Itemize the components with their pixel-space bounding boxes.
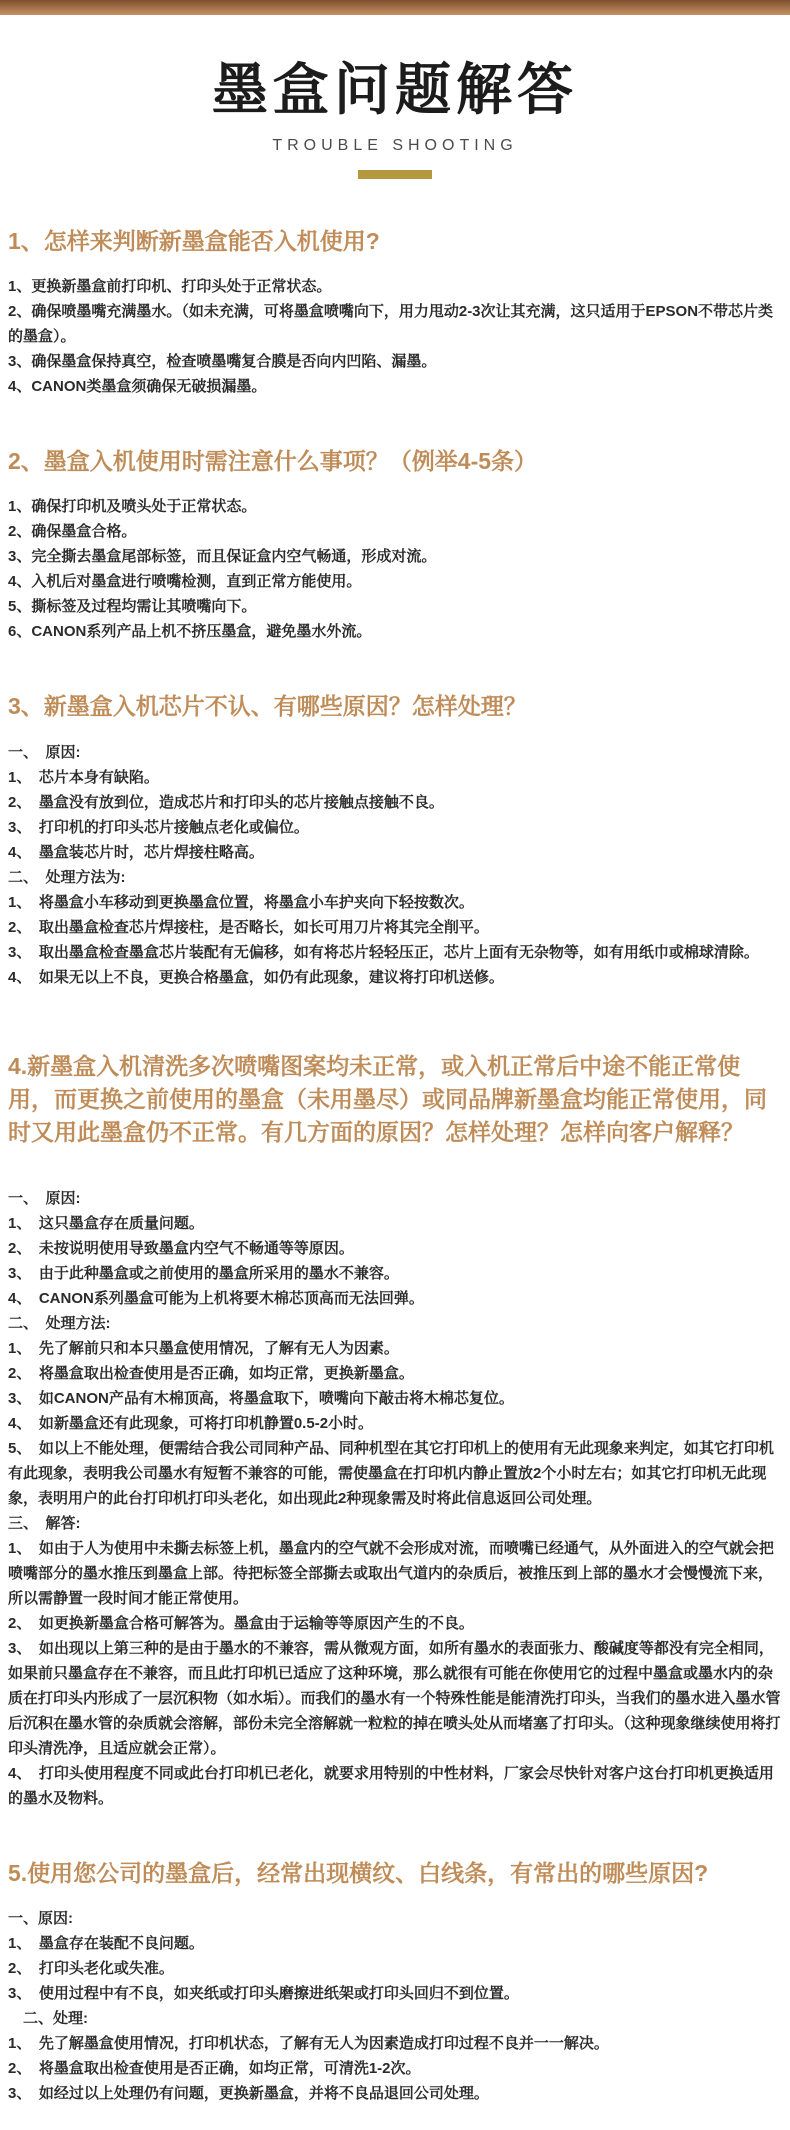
faq-line: 3、完全撕去墨盒尾部标签，而且保证盒内空气畅通，形成对流。 [8, 544, 784, 569]
faq-line: 2、 取出墨盒检查芯片焊接柱，是否略长，如长可用刀片将其完全削平。 [8, 915, 784, 940]
faq-section: 5.使用您公司的墨盒后，经常出现横纹、白线条，有常出的哪些原因?一、原因:1、 … [8, 1857, 784, 2106]
faq-line: 3、 如CANON产品有木棉顶高，将墨盒取下，喷嘴向下敲击将木棉芯复位。 [8, 1386, 784, 1411]
faq-line: 3、确保墨盒保持真空，检查喷墨嘴复合膜是否向内凹陷、漏墨。 [8, 349, 784, 374]
faq-line: 1、 如由于人为使用中未撕去标签上机，墨盒内的空气就不会形成对流，而喷嘴已经通气… [8, 1536, 784, 1611]
faq-line: 4、 墨盒装芯片时，芯片焊接柱略高。 [8, 840, 784, 865]
faq-line: 2、 将墨盒取出检查使用是否正确，如均正常，更换新墨盒。 [8, 1361, 784, 1386]
faq-line: 三、 解答: [8, 1511, 784, 1536]
faq-line: 二、处理: [8, 2006, 784, 2031]
top-accent-bar [0, 0, 790, 15]
faq-line: 一、原因: [8, 1906, 784, 1931]
faq-line: 一、 原因: [8, 740, 784, 765]
faq-line: 3、 取出墨盒检查墨盒芯片装配有无偏移，如有将芯片轻轻压正，芯片上面有无杂物等，… [8, 940, 784, 965]
faq-line: 1、 先了解前只和本只墨盒使用情况，了解有无人为因素。 [8, 1336, 784, 1361]
faq-line: 2、 如更换新墨盒合格可解答为。墨盒由于运输等等原因产生的不良。 [8, 1611, 784, 1636]
faq-line: 3、 由于此种墨盒或之前使用的墨盒所采用的墨水不兼容。 [8, 1261, 784, 1286]
faq-line: 2、 打印头老化或失准。 [8, 1956, 784, 1981]
faq-line: 4、 CANON系列墨盒可能为上机将要木棉芯顶高而无法回弹。 [8, 1286, 784, 1311]
faq-line: 4、 如果无以上不良，更换合格墨盒，如仍有此现象，建议将打印机送修。 [8, 965, 784, 990]
faq-line: 5、 如以上不能处理，便需结合我公司同种产品、同种机型在其它打印机上的使用有无此… [8, 1436, 784, 1511]
section-heading: 5.使用您公司的墨盒后，经常出现横纹、白线条，有常出的哪些原因? [8, 1857, 784, 1890]
faq-line: 3、 如经过以上处理仍有问题，更换新墨盒，并将不良品退回公司处理。 [8, 2081, 784, 2106]
faq-line: 1、 墨盒存在装配不良问题。 [8, 1931, 784, 1956]
section-heading: 1、怎样来判断新墨盒能否入机使用? [8, 225, 784, 258]
faq-line: 3、 如出现以上第三种的是由于墨水的不兼容，需从微观方面，如所有墨水的表面张力、… [8, 1636, 784, 1761]
faq-section: 4.新墨盒入机清洗多次喷嘴图案均未正常，或入机正常后中途不能正常使用，而更换之前… [8, 1050, 784, 1811]
gold-divider [358, 170, 432, 179]
faq-line: 3、 打印机的打印头芯片接触点老化或偏位。 [8, 815, 784, 840]
faq-line: 4、 如新墨盒还有此现象，可将打印机静置0.5-2小时。 [8, 1411, 784, 1436]
faq-line: 2、确保墨盒合格。 [8, 519, 784, 544]
page-title: 墨盒问题解答 [0, 59, 790, 121]
faq-line: 2、确保喷墨嘴充满墨水。（如未充满，可将墨盒喷嘴向下，用力甩动2-3次让其充满，… [8, 299, 784, 349]
faq-line: 2、 墨盒没有放到位，造成芯片和打印头的芯片接触点接触不良。 [8, 790, 784, 815]
section-heading: 2、墨盒入机使用时需注意什么事项？（例举4-5条） [8, 445, 784, 478]
faq-line: 4、入机后对墨盒进行喷嘴检测，直到正常方能使用。 [8, 569, 784, 594]
faq-line: 1、确保打印机及喷头处于正常状态。 [8, 494, 784, 519]
faq-section: 3、新墨盒入机芯片不认、有哪些原因？怎样处理？一、 原因:1、 芯片本身有缺陷。… [8, 690, 784, 989]
faq-line: 4、 打印头使用程度不同或此台打印机已老化，就要求用特别的中性材料，厂家会尽快针… [8, 1761, 784, 1811]
faq-line: 3、 使用过程中有不良，如夹纸或打印头磨擦进纸架或打印头回归不到位置。 [8, 1981, 784, 2006]
page-subtitle: TROUBLE SHOOTING [0, 137, 790, 155]
faq-line: 2、 将墨盒取出检查使用是否正确，如均正常，可清洗1-2次。 [8, 2056, 784, 2081]
faq-line: 1、 这只墨盒存在质量问题。 [8, 1211, 784, 1236]
faq-line: 6、CANON系列产品上机不挤压墨盒，避免墨水外流。 [8, 619, 784, 644]
faq-line: 1、更换新墨盒前打印机、打印头处于正常状态。 [8, 274, 784, 299]
faq-line: 一、 原因: [8, 1186, 784, 1211]
faq-line: 1、 先了解墨盒使用情况，打印机状态，了解有无人为因素造成打印过程不良并一一解决… [8, 2031, 784, 2056]
faq-line: 2、 未按说明使用导致墨盒内空气不畅通等等原因。 [8, 1236, 784, 1261]
faq-line: 二、 处理方法: [8, 1311, 784, 1336]
faq-line: 1、 芯片本身有缺陷。 [8, 765, 784, 790]
page-header: 墨盒问题解答 TROUBLE SHOOTING [0, 59, 790, 179]
faq-section: 1、怎样来判断新墨盒能否入机使用?1、更换新墨盒前打印机、打印头处于正常状态。2… [8, 225, 784, 399]
section-heading: 3、新墨盒入机芯片不认、有哪些原因？怎样处理？ [8, 690, 784, 723]
section-heading: 4.新墨盒入机清洗多次喷嘴图案均未正常，或入机正常后中途不能正常使用，而更换之前… [8, 1050, 784, 1150]
faq-section: 2、墨盒入机使用时需注意什么事项？（例举4-5条）1、确保打印机及喷头处于正常状… [8, 445, 784, 644]
faq-line: 1、 将墨盒小车移动到更换墨盒位置，将墨盒小车护夹向下轻按数次。 [8, 890, 784, 915]
faq-line: 5、撕标签及过程均需让其喷嘴向下。 [8, 594, 784, 619]
faq-content: 1、怎样来判断新墨盒能否入机使用?1、更换新墨盒前打印机、打印头处于正常状态。2… [0, 225, 790, 2130]
faq-line: 4、CANON类墨盒须确保无破损漏墨。 [8, 374, 784, 399]
faq-line: 二、 处理方法为: [8, 865, 784, 890]
